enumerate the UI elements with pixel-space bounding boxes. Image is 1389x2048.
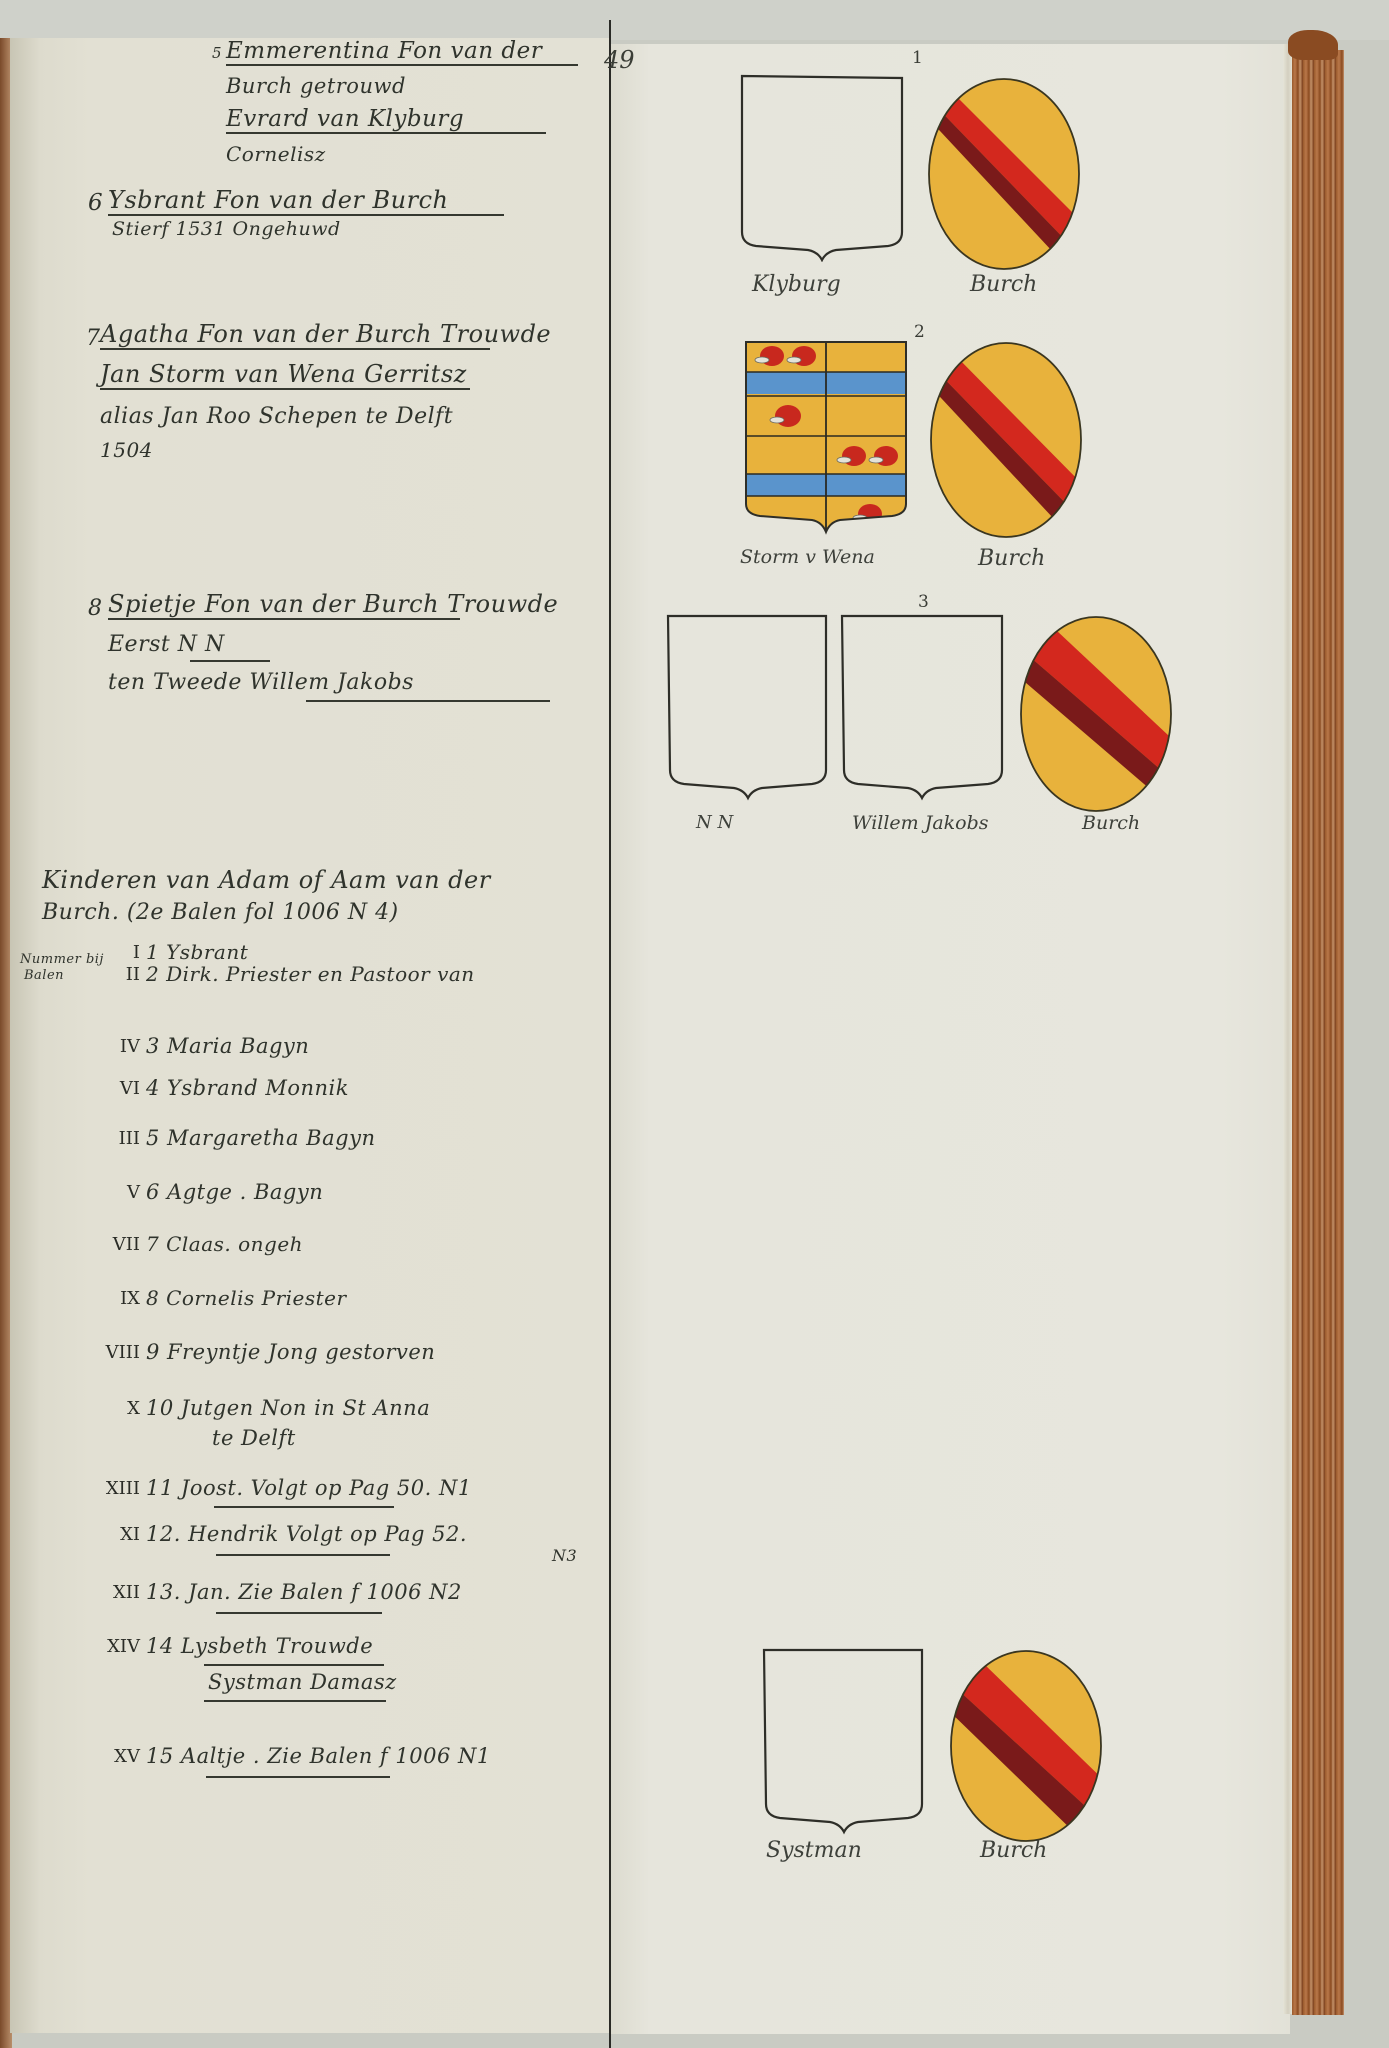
roman-numeral: VIII — [80, 1342, 140, 1363]
entry-line: Stierf 1531 Ongehuwd — [112, 218, 341, 240]
child-text: 3 Maria Bagyn — [146, 1034, 309, 1058]
arms-label: N N — [696, 812, 733, 833]
roman-numeral: V — [80, 1182, 140, 1203]
entry-line: Agatha Fon van der Burch Trouwde — [100, 320, 490, 350]
shield-blank-systman — [762, 1646, 926, 1836]
arms-label: Burch — [1082, 812, 1140, 834]
child-text: 9 Freyntje Jong gestorven — [146, 1340, 435, 1364]
shield-blank-klyburg — [740, 72, 904, 262]
page-number: 49 — [604, 46, 635, 74]
roman-numeral: IV — [80, 1036, 140, 1057]
roman-numeral: XII — [80, 1582, 140, 1603]
entry-line: Burch getrouwd — [226, 74, 406, 98]
underline — [216, 1554, 390, 1556]
group-number: 3 — [918, 592, 929, 612]
burch-arms-icon — [926, 76, 1082, 272]
arms-label: Klyburg — [752, 272, 841, 297]
entry-number: 7 — [86, 326, 101, 351]
child-text: 5 Margaretha Bagyn — [146, 1126, 375, 1150]
entry-line: Eerst N N — [108, 632, 225, 657]
book-cover-corner — [1288, 30, 1338, 60]
roman-numeral: XIV — [80, 1636, 140, 1657]
roman-numeral: XV — [80, 1746, 140, 1767]
child-text-continued: te Delft — [212, 1426, 296, 1450]
child-text: 10 Jutgen Non in St Anna — [146, 1396, 430, 1420]
entry-line: Cornelisz — [226, 142, 326, 166]
roman-numeral: VII — [80, 1234, 140, 1255]
group-number: 2 — [914, 322, 925, 342]
entry-number: 5 — [212, 44, 222, 62]
roman-numeral: X — [80, 1398, 140, 1419]
burch-arms-icon — [928, 340, 1084, 540]
child-text: 14 Lysbeth Trouwde — [146, 1634, 373, 1658]
underline — [306, 700, 550, 702]
child-text: 13. Jan. Zie Balen f 1006 N2 — [146, 1580, 462, 1604]
arms-label: Systman — [766, 1838, 862, 1863]
burch-arms-icon — [1018, 614, 1174, 814]
roman-numeral: IX — [80, 1288, 140, 1309]
entry-number: 6 — [88, 190, 103, 216]
entry-line: Spietje Fon van der Burch Trouwde — [108, 590, 460, 620]
margin-note: Balen — [24, 968, 64, 983]
arms-label: Burch — [978, 546, 1045, 571]
entry-line: Emmerentina Fon van der — [226, 38, 578, 66]
group-number: 1 — [912, 48, 923, 68]
column-rule — [609, 20, 611, 2048]
underline — [206, 1776, 390, 1778]
child-text: 11 Joost. Volgt op Pag 50. N1 — [146, 1476, 472, 1500]
table-surface — [0, 0, 1389, 40]
roman-numeral: XI — [80, 1524, 140, 1545]
underline — [190, 660, 270, 662]
underline — [216, 1612, 382, 1614]
underline — [214, 1506, 394, 1508]
section-heading: Kinderen van Adam of Aam van der — [42, 866, 491, 894]
book-fore-edge — [1292, 50, 1344, 2015]
arms-label: Storm v Wena — [740, 546, 875, 568]
arms-label: Burch — [980, 1838, 1047, 1863]
child-text-continued: N3 — [552, 1546, 577, 1565]
burch-arms-icon — [948, 1648, 1104, 1844]
child-text: 2 Dirk. Priester en Pastoor van — [146, 962, 475, 986]
shield-blank-nn — [666, 612, 830, 802]
child-text: 6 Agtge . Bagyn — [146, 1180, 323, 1204]
entry-number: 8 — [88, 596, 103, 621]
roman-numeral: XIII — [80, 1478, 140, 1499]
child-text: 12. Hendrik Volgt op Pag 52. — [146, 1522, 467, 1546]
arms-label: Burch — [970, 272, 1037, 297]
entry-line: 1504 — [100, 438, 153, 462]
child-text: 4 Ysbrand Monnik — [146, 1076, 349, 1100]
arms-label: Willem Jakobs — [852, 812, 989, 834]
entry-line: ten Tweede Willem Jakobs — [108, 670, 414, 695]
entry-line: alias Jan Roo Schepen te Delft — [100, 404, 453, 429]
roman-numeral: VI — [80, 1078, 140, 1099]
roman-numeral: I — [80, 942, 140, 963]
entry-line: Ysbrant Fon van der Burch — [108, 186, 504, 216]
underline — [204, 1700, 386, 1702]
storm-van-wena-arms-icon — [744, 340, 908, 536]
child-text: 15 Aaltje . Zie Balen f 1006 N1 — [146, 1744, 491, 1768]
entry-line: Jan Storm van Wena Gerritsz — [100, 360, 470, 390]
underline — [204, 1664, 384, 1666]
shield-blank-willem-jakobs — [840, 612, 1006, 802]
child-text: 8 Cornelis Priester — [146, 1286, 347, 1310]
section-heading: Burch. (2e Balen fol 1006 N 4) — [42, 900, 399, 925]
child-text-continued: Systman Damasz — [208, 1670, 397, 1694]
roman-numeral: II — [80, 964, 140, 985]
entry-line: Evrard van Klyburg — [226, 106, 546, 134]
child-text: 7 Claas. ongeh — [146, 1232, 303, 1256]
roman-numeral: III — [80, 1128, 140, 1149]
child-text: 1 Ysbrant — [146, 940, 248, 964]
